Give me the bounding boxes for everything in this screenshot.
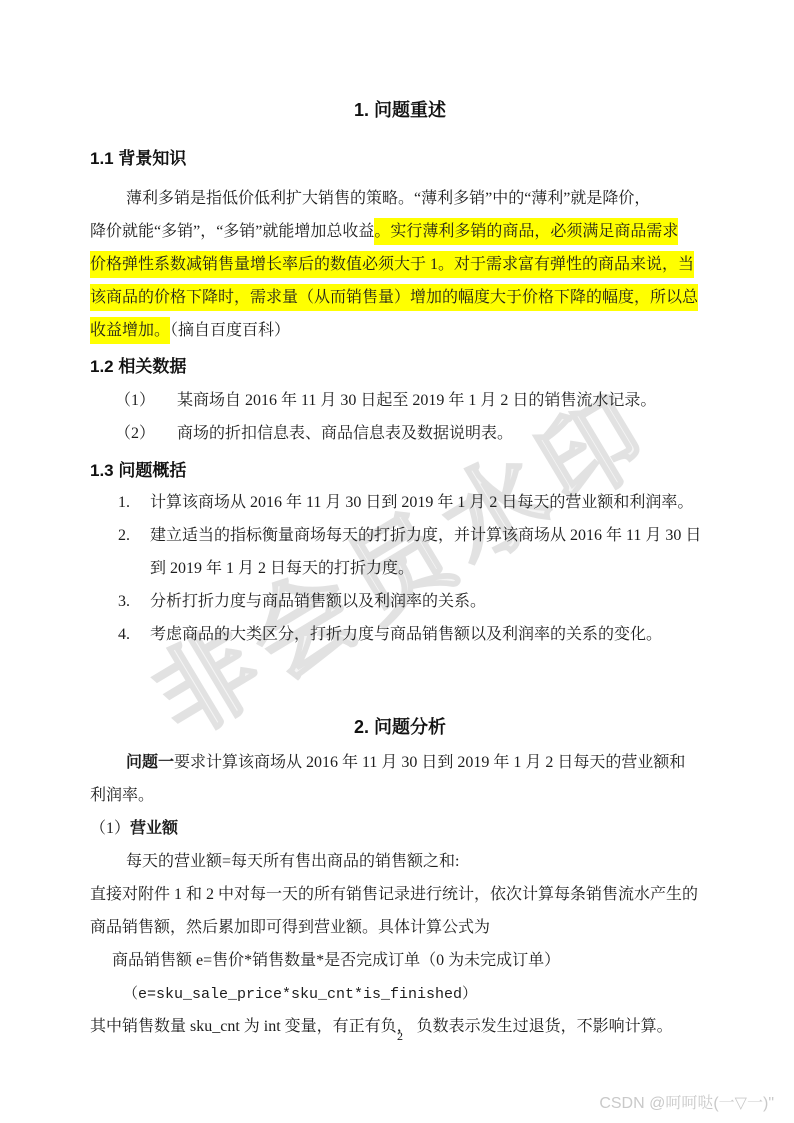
section-2-title: 2. 问题分析: [90, 714, 710, 740]
formula-text: 商品销售额 e=售价*销售数量*是否完成订单（0 为未完成订单）: [112, 952, 560, 969]
document-page: 非会员水印 1. 问题重述 1.1 背景知识 薄利多销是指低价低利扩大销售的策略…: [0, 0, 794, 1123]
paragraph-text: 利润率。: [90, 787, 154, 804]
list-item: 2.建立适当的指标衡量商场每天的打折力度，并计算该商场从 2016 年 11 月…: [90, 519, 710, 552]
formula-line: （e=sku_sale_price*sku_cnt*is_finished）: [90, 977, 710, 1010]
list-item-number: 3.: [118, 585, 150, 618]
paragraph-line: 直接对附件 1 和 2 中对每一天的所有销售记录进行统计，依次计算每条销售流水产…: [90, 878, 710, 911]
list-item-number: 2.: [118, 519, 150, 552]
paragraph-line: 问题一要求计算该商场从 2016 年 11 月 30 日到 2019 年 1 月…: [90, 746, 710, 779]
problem-one-label: 问题一: [126, 754, 174, 771]
formula-line: 商品销售额 e=售价*销售数量*是否完成订单（0 为未完成订单）: [90, 944, 710, 977]
list-item-text: 计算该商场从 2016 年 11 月 30 日到 2019 年 1 月 2 日每…: [150, 486, 693, 519]
list-item-text: 到 2019 年 1 月 2 日每天的打折力度。: [150, 560, 414, 577]
paragraph-line: 利润率。: [90, 779, 710, 812]
paragraph-line: 收益增加。（摘自百度百科）: [90, 314, 710, 347]
paragraph-line: 降价就能“多销”，“多销”就能增加总收益。实行薄利多销的商品，必须满足商品需求: [90, 215, 710, 248]
list-item-number: （2）: [115, 417, 177, 450]
analysis-paragraph: 问题一要求计算该商场从 2016 年 11 月 30 日到 2019 年 1 月…: [90, 746, 710, 1043]
list-item: （1）某商场自 2016 年 11 月 30 日起至 2019 年 1 月 2 …: [90, 384, 710, 417]
list-item-number: 1.: [118, 486, 150, 519]
list-item-number: （1）: [115, 384, 177, 417]
list-item-text: 分析打折力度与商品销售额以及利润率的关系。: [150, 585, 486, 618]
list-item: 4.考虑商品的大类区分，打折力度与商品销售额以及利润率的关系的变化。: [90, 618, 710, 651]
list-item-text: 建立适当的指标衡量商场每天的打折力度，并计算该商场从 2016 年 11 月 3…: [150, 519, 701, 552]
paragraph-text: 要求计算该商场从 2016 年 11 月 30 日到 2019 年 1 月 2 …: [174, 754, 685, 771]
csdn-watermark-credit: CSDN @呵呵哒(一▽一)": [599, 1090, 774, 1113]
list-item: 1.计算该商场从 2016 年 11 月 30 日到 2019 年 1 月 2 …: [90, 486, 710, 519]
list-item: 3.分析打折力度与商品销售额以及利润率的关系。: [90, 585, 710, 618]
highlighted-text: 该商品的价格下降时，需求量（从而销售量）增加的幅度大于价格下降的幅度，所以总: [90, 284, 698, 311]
list-item-text: 考虑商品的大类区分，打折力度与商品销售额以及利润率的关系的变化。: [150, 618, 662, 651]
heading-1-2: 1.2 相关数据: [90, 355, 710, 379]
list-item-text: 某商场自 2016 年 11 月 30 日起至 2019 年 1 月 2 日的销…: [177, 384, 656, 417]
highlighted-text: 收益增加。: [90, 317, 170, 344]
paragraph-text: 商品销售额，然后累加即可得到营业额。具体计算公式为: [90, 919, 490, 936]
paragraph-text: 薄利多销是指低价低利扩大销售的策略。“薄利多销”中的“薄利”就是降价，: [126, 190, 650, 207]
data-list: （1）某商场自 2016 年 11 月 30 日起至 2019 年 1 月 2 …: [90, 384, 710, 450]
list-item-text: 商场的折扣信息表、商品信息表及数据说明表。: [177, 417, 513, 450]
highlighted-text: 。实行薄利多销的商品，必须满足商品需求: [374, 218, 678, 245]
list-item: （2）商场的折扣信息表、商品信息表及数据说明表。: [90, 417, 710, 450]
paragraph-line: 商品销售额，然后累加即可得到营业额。具体计算公式为: [90, 911, 710, 944]
paragraph-line: 价格弹性系数减销售量增长率后的数值必须大于 1。对于需求富有弹性的商品来说，当: [90, 248, 710, 281]
paragraph-text: （摘自百度百科）: [170, 322, 290, 339]
list-item-number: 4.: [118, 618, 150, 651]
background-paragraph: 薄利多销是指低价低利扩大销售的策略。“薄利多销”中的“薄利”就是降价， 降价就能…: [90, 182, 710, 347]
heading-1-3: 1.3 问题概括: [90, 459, 710, 483]
paragraph-line: 该商品的价格下降时，需求量（从而销售量）增加的幅度大于价格下降的幅度，所以总: [90, 281, 710, 314]
section-1-title: 1. 问题重述: [90, 97, 710, 123]
page-content: 1. 问题重述 1.1 背景知识 薄利多销是指低价低利扩大销售的策略。“薄利多销…: [0, 0, 794, 1043]
sub-heading-number: （1）: [90, 820, 130, 837]
formula-code-text: （e=sku_sale_price*sku_cnt*is_finished）: [123, 986, 477, 1003]
highlighted-text: 价格弹性系数减销售量增长率后的数值必须大于 1。对于需求富有弹性的商品来说，当: [90, 251, 694, 278]
list-item-continuation: 到 2019 年 1 月 2 日每天的打折力度。: [90, 552, 710, 585]
heading-1-1: 1.1 背景知识: [90, 147, 710, 171]
paragraph-line: 薄利多销是指低价低利扩大销售的策略。“薄利多销”中的“薄利”就是降价，: [90, 182, 710, 215]
paragraph-line: 每天的营业额=每天所有售出商品的销售额之和:: [90, 845, 710, 878]
paragraph-text: 其中销售数量 sku_cnt 为 int 变量，有正有负， 负数表示发生过退货，…: [90, 1018, 673, 1035]
paragraph-text: 降价就能“多销”，“多销”就能增加总收益: [90, 223, 374, 240]
paragraph-text: 每天的营业额=每天所有售出商品的销售额之和:: [126, 853, 459, 870]
paragraph-text: 直接对附件 1 和 2 中对每一天的所有销售记录进行统计，依次计算每条销售流水产…: [90, 886, 698, 903]
sub-heading-label: 营业额: [130, 820, 178, 837]
sub-heading-revenue: （1）营业额: [90, 812, 710, 845]
problem-list: 1.计算该商场从 2016 年 11 月 30 日到 2019 年 1 月 2 …: [90, 486, 710, 651]
